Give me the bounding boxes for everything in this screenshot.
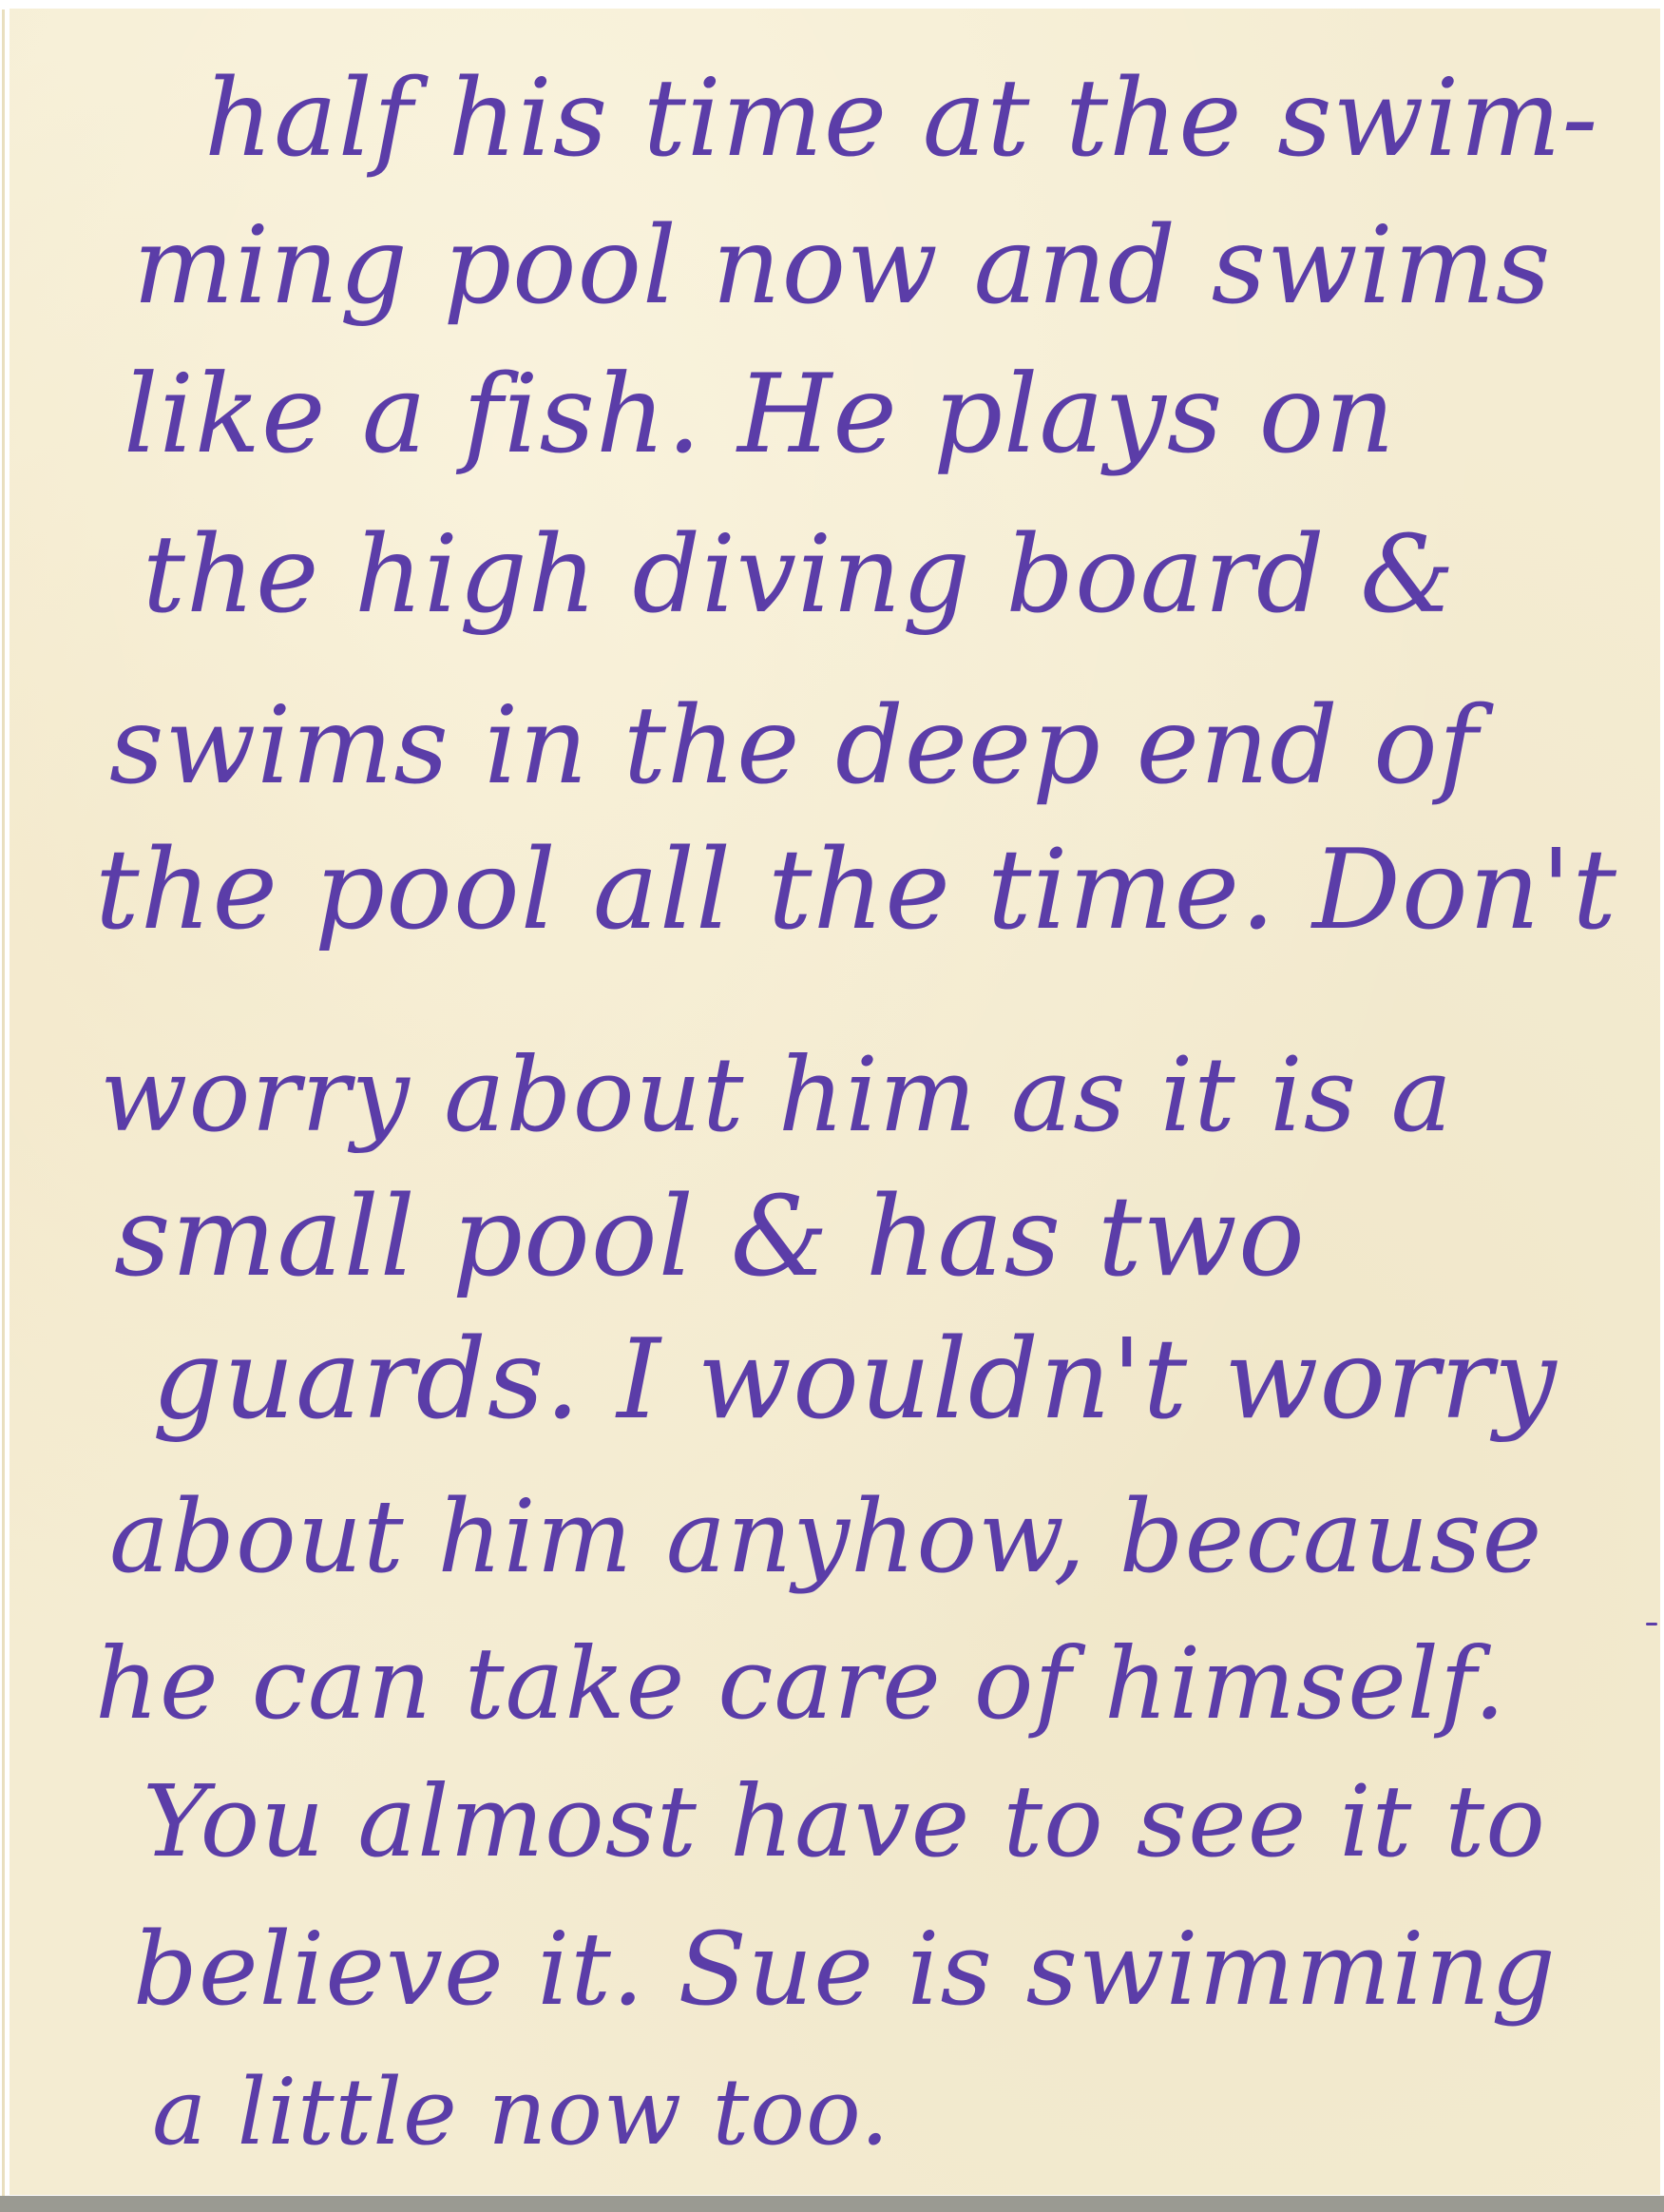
letter-line-6: the pool all the time. Don't	[95, 836, 1617, 946]
scanned-page: half his time at the swim- ming pool now…	[0, 0, 1664, 2212]
letter-line-7: worry about him as it is a	[100, 1045, 1453, 1147]
paper-left-edge	[2, 10, 5, 2196]
letter-line-4: the high diving board &	[143, 522, 1456, 628]
letter-paper: half his time at the swim- ming pool now…	[10, 9, 1660, 2195]
letter-line-3: like a fish. He plays on	[124, 360, 1396, 469]
scan-bottom-edge	[0, 2196, 1664, 2212]
letter-line-2: ming pool now and swims	[133, 213, 1552, 319]
letter-line-9: guards. I wouldn't worry	[152, 1325, 1558, 1435]
letter-line-1: half his time at the swim-	[204, 66, 1598, 172]
letter-line-10: about him anyhow, because	[109, 1487, 1542, 1587]
letter-line-12: You almost have to see it to	[143, 1772, 1546, 1871]
letter-line-5: swims in the deep end of	[109, 693, 1479, 799]
margin-ink-mark	[1646, 1623, 1657, 1625]
letter-line-11: he can take care of himself.	[95, 1634, 1506, 1733]
letter-line-8: small pool & has two	[114, 1183, 1306, 1293]
letter-line-14: a little now too.	[152, 2067, 890, 2158]
letter-line-13: believe it. Sue is swimming	[133, 1919, 1557, 2020]
